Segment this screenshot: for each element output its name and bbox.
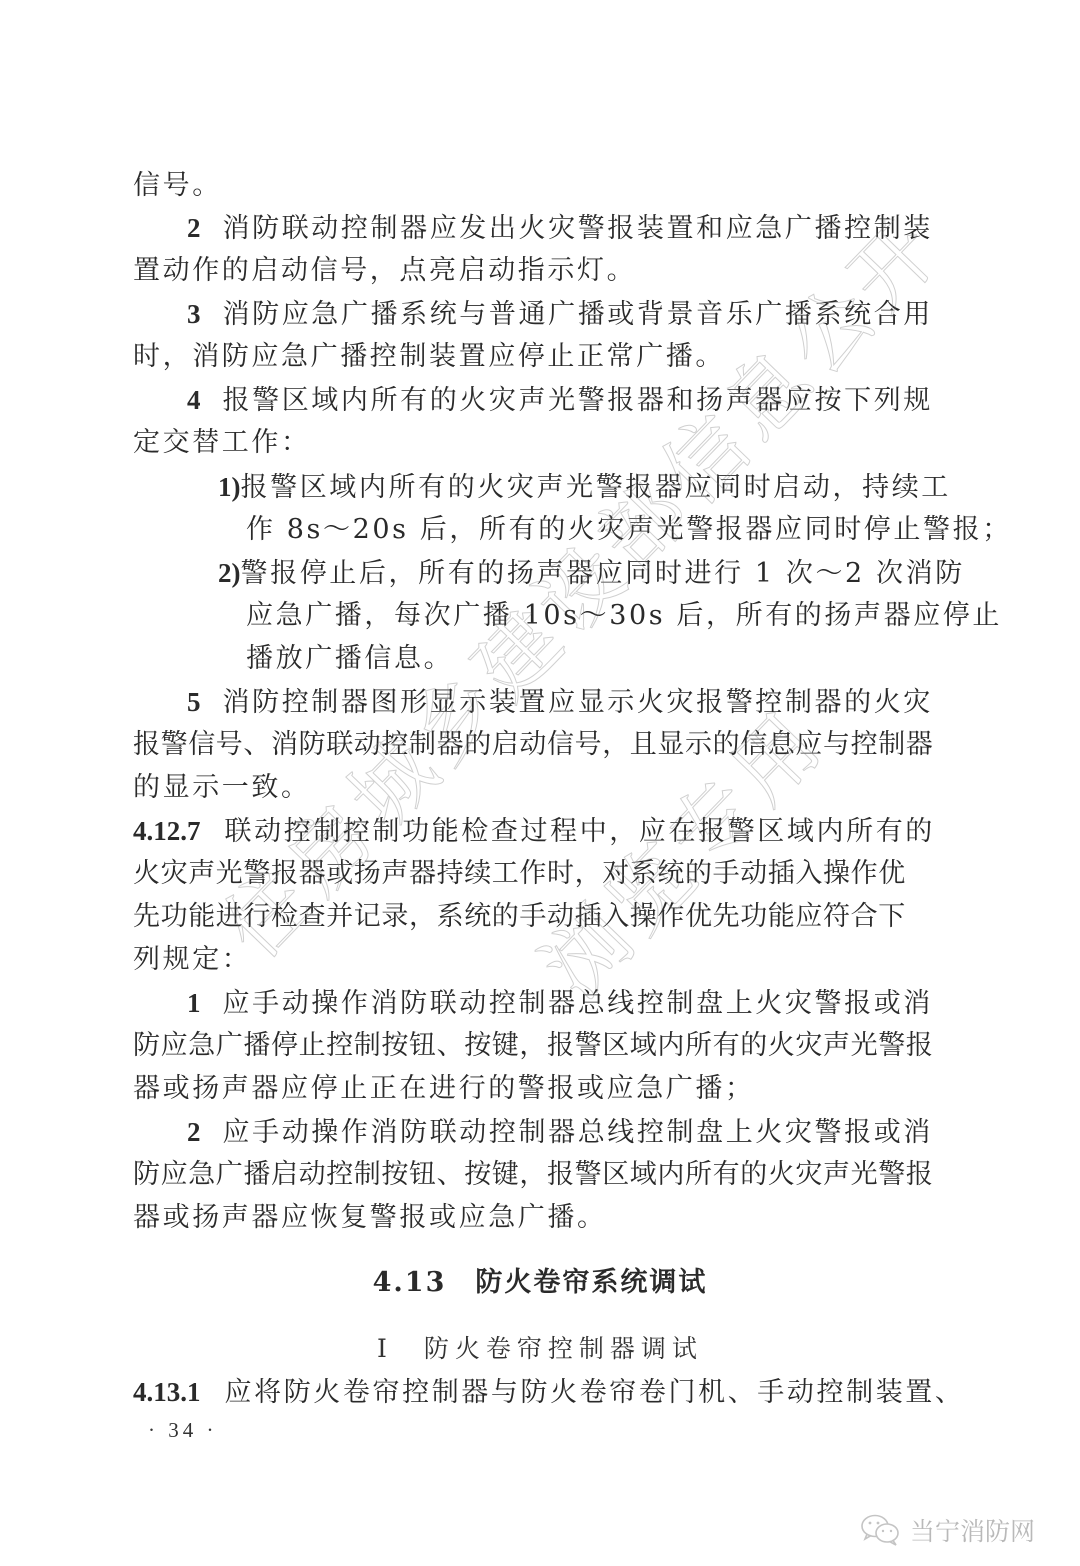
wechat-icon xyxy=(860,1513,902,1547)
item-text: 消防控制器图形显示装置应显示火灾报警控制器的火灾 xyxy=(223,687,933,718)
item-number: 2 xyxy=(187,1114,201,1150)
item-number: 5 xyxy=(187,684,201,720)
manual-item-1: 1应手动操作消防联动控制器总线控制盘上火灾警报或消 xyxy=(187,985,987,1022)
item-text: 作 8s～20s 后，所有的火灾声光警报器应同时停止警报； xyxy=(246,514,1012,545)
footer-brand: 当宁消防网 xyxy=(860,1512,1035,1548)
sub-item-number: 1) xyxy=(218,469,241,505)
item-text: 警报停止后，所有的扬声器应同时进行 1 次～2 次消防 xyxy=(241,558,965,589)
page-number: · 34 · xyxy=(148,1418,218,1443)
text-line: 信号。 xyxy=(133,168,933,204)
item-text: 防应急广播启动控制按钮、按键，报警区域内所有的火灾声光警报 xyxy=(133,1159,933,1190)
text-line: 器或扬声器应恢复警报或应急广播。 xyxy=(133,1200,933,1236)
item-text: 置动作的启动信号，点亮启动指示灯。 xyxy=(133,255,636,286)
item-text: 报警区域内所有的火灾声光警报器应同时启动，持续工 xyxy=(241,472,951,503)
sub-item-number: 2) xyxy=(218,555,241,591)
clause-4-13-1: 4.13.1应将防火卷帘控制器与防火卷帘卷门机、手动控制装置、 xyxy=(133,1374,933,1411)
item-text: 时，消防应急广播控制装置应停止正常广播。 xyxy=(133,341,725,372)
clause-text: 联动控制控制功能检查过程中，应在报警区域内所有的 xyxy=(225,816,935,847)
section-title: 4.13 防火卷帘系统调试 xyxy=(0,1265,1080,1301)
text-line: 应急广播，每次广播 10s～30s 后，所有的扬声器应停止 xyxy=(246,598,1046,634)
clause-text: 列规定： xyxy=(133,944,251,975)
clause-text: 火灾声光警报器或扬声器持续工作时，对系统的手动插入操作优 xyxy=(133,858,906,889)
item-text: 器或扬声器应停止正在进行的警报或应急广播； xyxy=(133,1073,755,1104)
clause-text: 应将防火卷帘控制器与防火卷帘卷门机、手动控制装置、 xyxy=(225,1377,965,1408)
item-text: 播放广播信息。 xyxy=(246,643,453,674)
subsection-title: Ⅰ 防火卷帘控制器调试 xyxy=(0,1332,1080,1366)
item-text: 定交替工作： xyxy=(133,427,311,458)
item-text: 报警信号、消防联动控制器的启动信号，且显示的信息应与控制器 xyxy=(133,729,933,760)
item-text: 的显示一致。 xyxy=(133,772,311,803)
text-line: 定交替工作： xyxy=(133,425,933,461)
text-line: 防应急广播启动控制按钮、按键，报警区域内所有的火灾声光警报 xyxy=(133,1157,933,1193)
item-number: 1 xyxy=(187,985,201,1021)
text-line: 置动作的启动信号，点亮启动指示灯。 xyxy=(133,253,933,289)
sub-item-1: 1)报警区域内所有的火灾声光警报器应同时启动，持续工 xyxy=(218,469,1018,506)
text-line: 器或扬声器应停止正在进行的警报或应急广播； xyxy=(133,1071,933,1107)
item-text: 器或扬声器应恢复警报或应急广播。 xyxy=(133,1202,607,1233)
text-line: 播放广播信息。 xyxy=(246,641,1046,677)
text-line: 先功能进行检查并记录，系统的手动插入操作优先功能应符合下 xyxy=(133,899,933,935)
clause-number: 4.13.1 xyxy=(133,1374,201,1410)
text-line: 作 8s～20s 后，所有的火灾声光警报器应同时停止警报； xyxy=(246,512,1046,548)
list-item-3: 3消防应急广播系统与普通广播或背景音乐广播系统合用 xyxy=(187,296,987,333)
item-text: 消防联动控制器应发出火灾警报装置和应急广播控制装 xyxy=(223,213,933,244)
paragraph-tail: 信号。 xyxy=(133,170,222,201)
clause-4-12-7: 4.12.7联动控制控制功能检查过程中，应在报警区域内所有的 xyxy=(133,813,933,850)
sub-item-2: 2)警报停止后，所有的扬声器应同时进行 1 次～2 次消防 xyxy=(218,555,1018,592)
text-line: 时，消防应急广播控制装置应停止正常广播。 xyxy=(133,339,933,375)
document-page: 信号。 2消防联动控制器应发出火灾警报装置和应急广播控制装 置动作的启动信号，点… xyxy=(0,0,1080,1566)
list-item-5: 5消防控制器图形显示装置应显示火灾报警控制器的火灾 xyxy=(187,684,987,721)
item-text: 应急广播，每次广播 10s～30s 后，所有的扬声器应停止 xyxy=(246,600,1002,631)
clause-text: 先功能进行检查并记录，系统的手动插入操作优先功能应符合下 xyxy=(133,901,906,932)
list-item-4: 4报警区域内所有的火灾声光警报器和扬声器应按下列规 xyxy=(187,382,987,419)
item-text: 防应急广播停止控制按钮、按键，报警区域内所有的火灾声光警报 xyxy=(133,1030,933,1061)
item-number: 2 xyxy=(187,210,201,246)
item-text: 应手动操作消防联动控制器总线控制盘上火灾警报或消 xyxy=(223,988,933,1019)
manual-item-2: 2应手动操作消防联动控制器总线控制盘上火灾警报或消 xyxy=(187,1114,987,1151)
item-text: 应手动操作消防联动控制器总线控制盘上火灾警报或消 xyxy=(223,1117,933,1148)
text-line: 火灾声光警报器或扬声器持续工作时，对系统的手动插入操作优 xyxy=(133,856,933,892)
brand-name: 当宁消防网 xyxy=(910,1512,1035,1548)
text-line: 报警信号、消防联动控制器的启动信号，且显示的信息应与控制器 xyxy=(133,727,933,763)
item-number: 4 xyxy=(187,382,201,418)
text-line: 的显示一致。 xyxy=(133,770,933,806)
text-line: 列规定： xyxy=(133,942,933,978)
item-text: 消防应急广播系统与普通广播或背景音乐广播系统合用 xyxy=(223,299,933,330)
list-item-2: 2消防联动控制器应发出火灾警报装置和应急广播控制装 xyxy=(187,210,987,247)
item-text: 报警区域内所有的火灾声光警报器和扬声器应按下列规 xyxy=(223,385,933,416)
clause-number: 4.12.7 xyxy=(133,813,201,849)
item-number: 3 xyxy=(187,296,201,332)
text-line: 防应急广播停止控制按钮、按键，报警区域内所有的火灾声光警报 xyxy=(133,1028,933,1064)
